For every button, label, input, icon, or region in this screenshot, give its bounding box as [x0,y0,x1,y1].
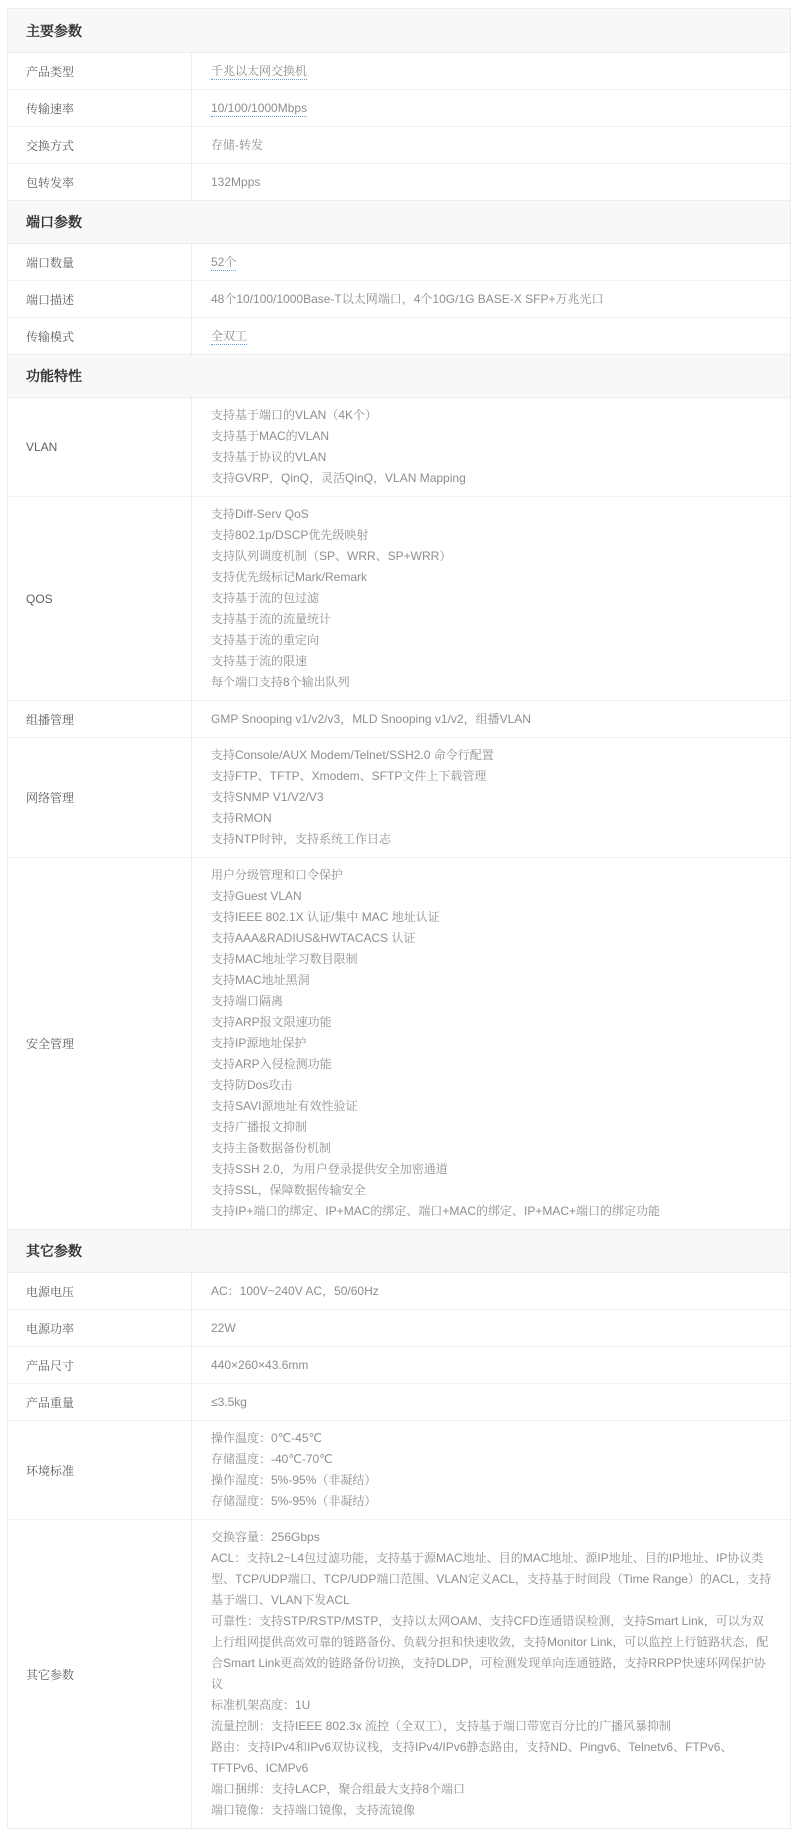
spec-label: 电源电压 [8,1273,192,1309]
spec-row: QOS 支持Diff-Serv QoS支持802.1p/DSCP优先级映射支持队… [8,496,790,700]
spec-label: 产品类型 [8,53,192,89]
spec-row: 网络管理 支持Console/AUX Modem/Telnet/SSH2.0 命… [8,737,790,857]
spec-value-line: 端口镜像：支持端口镜像，支持流镜像 [211,1800,772,1821]
section-rows: 端口数量 52个 端口描述 48个10/100/1000Base-T以太网端口，… [8,244,790,354]
spec-value-line: 支持SNMP V1/V2/V3 [211,787,772,808]
spec-value-line: ≤3.5kg [211,1392,772,1413]
spec-value-line: 支持ARP报文限速功能 [211,1012,772,1033]
spec-value-line: 48个10/100/1000Base-T以太网端口，4个10G/1G BASE-… [211,289,772,310]
spec-value-line: 支持基于MAC的VLAN [211,426,772,447]
spec-value-line: 支持ARP入侵检测功能 [211,1054,772,1075]
spec-label: 组播管理 [8,701,192,737]
spec-row: 产品类型 千兆以太网交换机 [8,53,790,89]
spec-value-line: 存储温度：-40℃-70℃ [211,1449,772,1470]
spec-value: 存储-转发 [192,127,790,163]
spec-value: 22W [192,1310,790,1346]
spec-value-line: 每个端口支持8个输出队列 [211,672,772,693]
spec-value-line: 可靠性：支持STP/RSTP/MSTP，支持以太网OAM、支持CFD连通错误检测… [211,1611,772,1695]
spec-term-link[interactable]: 千兆以太网交换机 [211,64,307,80]
spec-value-line: 存储湿度：5%-95%（非凝结） [211,1491,772,1512]
spec-value-line: 22W [211,1318,772,1339]
spec-row: 组播管理 GMP Snooping v1/v2/v3，MLD Snooping … [8,700,790,737]
spec-value: 48个10/100/1000Base-T以太网端口，4个10G/1G BASE-… [192,281,790,317]
spec-value-line: 支持802.1p/DSCP优先级映射 [211,525,772,546]
spec-value-line: 标准机架高度：1U [211,1695,772,1716]
spec-value-line: ACL：支持L2~L4包过滤功能，支持基于源MAC地址、目的MAC地址、源IP地… [211,1548,772,1611]
spec-value-line: 支持RMON [211,808,772,829]
section-title: 端口参数 [8,200,790,244]
spec-label: 产品尺寸 [8,1347,192,1383]
spec-value-line: 支持基于端口的VLAN（4K个） [211,405,772,426]
section-title: 主要参数 [8,9,790,53]
spec-label: 环境标准 [8,1421,192,1519]
spec-row: 端口数量 52个 [8,244,790,280]
spec-section: 主要参数 产品类型 千兆以太网交换机 传输速率 10/100/1000Mbps … [8,9,790,200]
spec-value-line: 440×260×43.6mm [211,1355,772,1376]
section-rows: 产品类型 千兆以太网交换机 传输速率 10/100/1000Mbps 交换方式 … [8,53,790,200]
spec-value: 交换容量：256GbpsACL：支持L2~L4包过滤功能，支持基于源MAC地址、… [192,1520,790,1828]
spec-row: 产品尺寸 440×260×43.6mm [8,1346,790,1383]
spec-label: 交换方式 [8,127,192,163]
spec-value-line: 10/100/1000Mbps [211,98,772,119]
spec-term-link[interactable]: 10/100/1000Mbps [211,101,307,117]
spec-value-line: 支持Console/AUX Modem/Telnet/SSH2.0 命令行配置 [211,745,772,766]
spec-value: 支持基于端口的VLAN（4K个）支持基于MAC的VLAN支持基于协议的VLAN支… [192,398,790,496]
spec-value: 440×260×43.6mm [192,1347,790,1383]
spec-row: 安全管理 用户分级管理和口令保护支持Guest VLAN支持IEEE 802.1… [8,857,790,1229]
spec-value-line: 流量控制：支持IEEE 802.3x 流控（全双工），支持基于端口带宽百分比的广… [211,1716,772,1737]
spec-value-line: 支持端口隔离 [211,991,772,1012]
spec-value-line: 操作温度：0℃-45℃ [211,1428,772,1449]
spec-row: 电源电压 AC：100V~240V AC，50/60Hz [8,1273,790,1309]
spec-row: VLAN 支持基于端口的VLAN（4K个）支持基于MAC的VLAN支持基于协议的… [8,398,790,496]
spec-value-line: 支持FTP、TFTP、Xmodem、SFTP文件上下载管理 [211,766,772,787]
section-title: 功能特性 [8,354,790,398]
spec-term-link[interactable]: 52个 [211,255,236,271]
spec-label: 端口描述 [8,281,192,317]
spec-value-line: 支持广播报文抑制 [211,1117,772,1138]
spec-value-line: 支持AAA&RADIUS&HWTACACS 认证 [211,928,772,949]
spec-value-line: 52个 [211,252,772,273]
spec-section: 功能特性 VLAN 支持基于端口的VLAN（4K个）支持基于MAC的VLAN支持… [8,354,790,1229]
spec-label: 产品重量 [8,1384,192,1420]
spec-value-line: 支持IP+端口的绑定、IP+MAC的绑定、端口+MAC的绑定、IP+MAC+端口… [211,1201,772,1222]
spec-value-line: 路由：支持IPv4和IPv6双协议栈，支持IPv4/IPv6静态路由，支持ND、… [211,1737,772,1779]
spec-value: 52个 [192,244,790,280]
spec-value-line: 用户分级管理和口令保护 [211,865,772,886]
spec-value-line: 存储-转发 [211,135,772,156]
spec-value-line: AC：100V~240V AC，50/60Hz [211,1281,772,1302]
spec-label: 网络管理 [8,738,192,857]
spec-value-line: 支持基于流的流量统计 [211,609,772,630]
spec-value-line: 支持GVRP，QinQ，灵活QinQ，VLAN Mapping [211,468,772,489]
section-rows: VLAN 支持基于端口的VLAN（4K个）支持基于MAC的VLAN支持基于协议的… [8,398,790,1229]
spec-value: ≤3.5kg [192,1384,790,1420]
spec-value-line: 支持优先级标记Mark/Remark [211,567,772,588]
spec-value-line: 支持Diff-Serv QoS [211,504,772,525]
spec-value-line: 支持SAVI源地址有效性验证 [211,1096,772,1117]
spec-value-line: 支持SSL，保障数据传输安全 [211,1180,772,1201]
spec-section: 其它参数 电源电压 AC：100V~240V AC，50/60Hz 电源功率 2… [8,1229,790,1828]
spec-section: 端口参数 端口数量 52个 端口描述 48个10/100/1000Base-T以… [8,200,790,354]
spec-value-line: 千兆以太网交换机 [211,61,772,82]
spec-row: 传输模式 全双工 [8,317,790,354]
spec-value-line: 支持基于流的包过滤 [211,588,772,609]
spec-value-line: 支持基于流的限速 [211,651,772,672]
spec-value: 操作温度：0℃-45℃存储温度：-40℃-70℃操作湿度：5%-95%（非凝结）… [192,1421,790,1519]
spec-table: 主要参数 产品类型 千兆以太网交换机 传输速率 10/100/1000Mbps … [7,8,791,1829]
spec-value-line: 支持SSH 2.0，为用户登录提供安全加密通道 [211,1159,772,1180]
spec-row: 传输速率 10/100/1000Mbps [8,89,790,126]
spec-row: 端口描述 48个10/100/1000Base-T以太网端口，4个10G/1G … [8,280,790,317]
spec-label: 其它参数 [8,1520,192,1828]
spec-value: GMP Snooping v1/v2/v3，MLD Snooping v1/v2… [192,701,790,737]
spec-value: 千兆以太网交换机 [192,53,790,89]
spec-row: 电源功率 22W [8,1309,790,1346]
spec-value-line: 支持IEEE 802.1X 认证/集中 MAC 地址认证 [211,907,772,928]
section-title: 其它参数 [8,1229,790,1273]
spec-value: 支持Console/AUX Modem/Telnet/SSH2.0 命令行配置支… [192,738,790,857]
spec-value-line: 支持Guest VLAN [211,886,772,907]
spec-value: AC：100V~240V AC，50/60Hz [192,1273,790,1309]
spec-label: 电源功率 [8,1310,192,1346]
spec-value-line: 支持NTP时钟，支持系统工作日志 [211,829,772,850]
spec-value-line: 支持MAC地址学习数目限制 [211,949,772,970]
spec-value-line: 支持IP源地址保护 [211,1033,772,1054]
spec-value-line: 支持主备数据备份机制 [211,1138,772,1159]
spec-value-line: 操作湿度：5%-95%（非凝结） [211,1470,772,1491]
spec-label: 端口数量 [8,244,192,280]
spec-value: 10/100/1000Mbps [192,90,790,126]
spec-label: QOS [8,497,192,700]
spec-value-line: 支持基于流的重定向 [211,630,772,651]
spec-value: 全双工 [192,318,790,354]
spec-label: 传输模式 [8,318,192,354]
spec-label: VLAN [8,398,192,496]
spec-value-line: 支持MAC地址黑洞 [211,970,772,991]
spec-label: 传输速率 [8,90,192,126]
spec-value-line: 支持基于协议的VLAN [211,447,772,468]
spec-value-line: 支持防Dos攻击 [211,1075,772,1096]
spec-row: 产品重量 ≤3.5kg [8,1383,790,1420]
spec-value-line: GMP Snooping v1/v2/v3，MLD Snooping v1/v2… [211,709,772,730]
spec-value: 132Mpps [192,164,790,200]
spec-label: 安全管理 [8,858,192,1229]
spec-row: 环境标准 操作温度：0℃-45℃存储温度：-40℃-70℃操作湿度：5%-95%… [8,1420,790,1519]
spec-row: 其它参数 交换容量：256GbpsACL：支持L2~L4包过滤功能，支持基于源M… [8,1519,790,1828]
spec-value-line: 132Mpps [211,172,772,193]
spec-value: 用户分级管理和口令保护支持Guest VLAN支持IEEE 802.1X 认证/… [192,858,790,1229]
spec-term-link[interactable]: 全双工 [211,329,247,345]
spec-row: 交换方式 存储-转发 [8,126,790,163]
spec-label: 包转发率 [8,164,192,200]
spec-value-line: 全双工 [211,326,772,347]
spec-value: 支持Diff-Serv QoS支持802.1p/DSCP优先级映射支持队列调度机… [192,497,790,700]
spec-value-line: 交换容量：256Gbps [211,1527,772,1548]
spec-value-line: 支持队列调度机制（SP、WRR、SP+WRR） [211,546,772,567]
section-rows: 电源电压 AC：100V~240V AC，50/60Hz 电源功率 22W 产品… [8,1273,790,1828]
spec-value-line: 端口捆绑：支持LACP，聚合组最大支持8个端口 [211,1779,772,1800]
spec-row: 包转发率 132Mpps [8,163,790,200]
